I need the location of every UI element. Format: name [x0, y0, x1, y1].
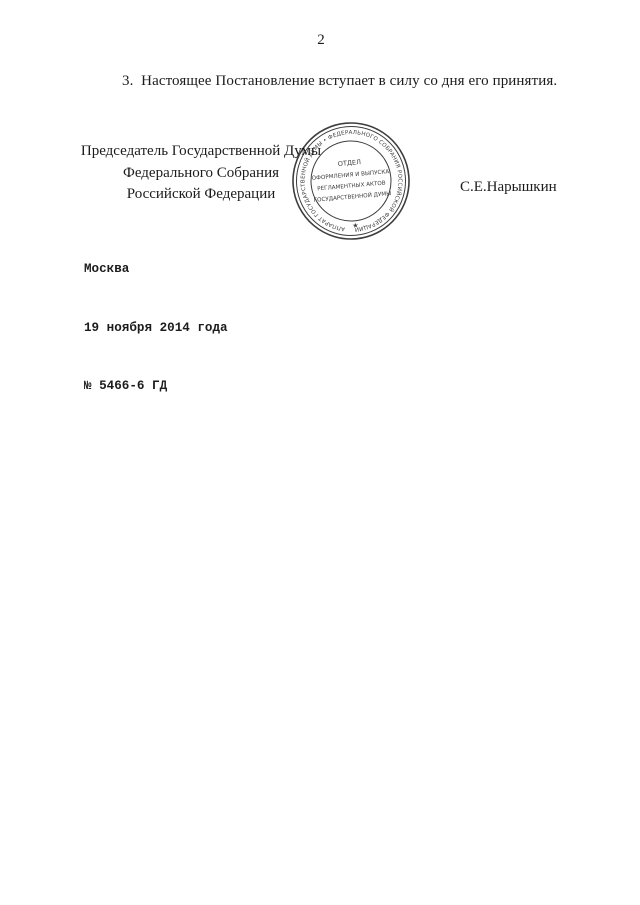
stamp-center-line-4: ГОСУДАРСТВЕННОЙ ДУМЫ: [313, 190, 391, 204]
clause-text: 3. Настоящее Постановление вступает в си…: [122, 73, 557, 90]
signatory-name: С.Е.Нарышкин: [460, 179, 557, 196]
star-icon: ★: [352, 222, 359, 231]
duma-round-stamp-icon: АППАРАТ ГОСУДАРСТВЕННОЙ ДУМЫ • ФЕДЕРАЛЬН…: [271, 101, 431, 261]
stamp-center-line-1: ОТДЕЛ: [338, 158, 362, 168]
stamp-center-line-3: РЕГЛАМЕНТНЫХ АКТОВ: [317, 180, 386, 192]
stamp-outer-ring: [288, 118, 414, 244]
issuance-block: Москва 19 ноября 2014 года № 5466-6 ГД: [84, 221, 228, 436]
document-page: 2 3. Настоящее Постановление вступает в …: [0, 0, 640, 905]
issuance-city: Москва: [84, 260, 228, 280]
page-number: 2: [0, 32, 640, 49]
issuance-date: 19 ноября 2014 года: [84, 319, 228, 339]
stamp-center-line-2: ОФОРМЛЕНИЯ И ВЫПУСКА: [312, 169, 390, 182]
document-number: № 5466-6 ГД: [84, 377, 228, 397]
